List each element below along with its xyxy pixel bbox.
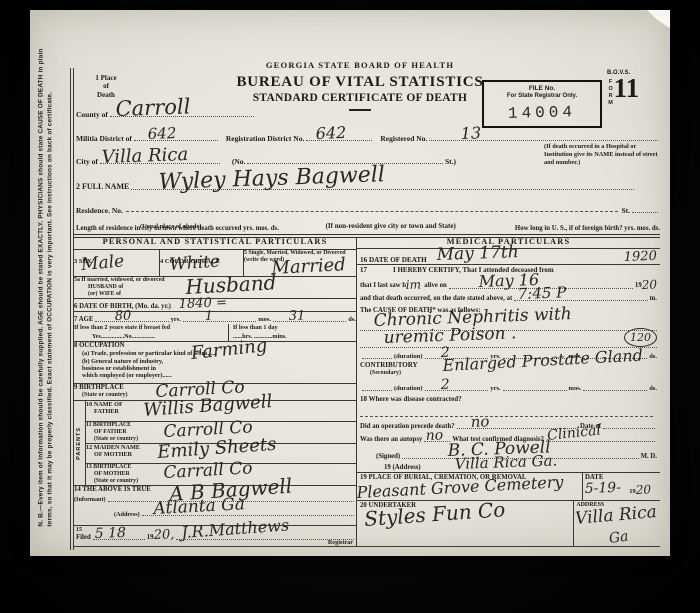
duration1-ds-label: ds. bbox=[649, 353, 657, 361]
age-ds-value: 31 bbox=[289, 309, 306, 323]
operation-value: no bbox=[470, 414, 489, 430]
bureau-title: BUREAU OF VITAL STATISTICS bbox=[218, 73, 502, 91]
filed-label: Filed bbox=[76, 534, 91, 542]
cause-of-death-block: Chronic Nephritis with uremic Poison . 1… bbox=[357, 313, 660, 347]
lastsaw-prefix: that I last saw h bbox=[360, 282, 406, 290]
full-name-row: 2 FULL NAME Wyley Hays Bagwell bbox=[76, 182, 636, 192]
full-name-label: 2 FULL NAME bbox=[76, 182, 129, 192]
parents-block: PARENTS 10 NAME OF FATHER Willis Bagwell… bbox=[74, 401, 356, 486]
informant-address-value: Atlanta Ga bbox=[153, 496, 245, 518]
county-row: County of Carroll bbox=[76, 110, 256, 119]
file-number-box: FILE No. For State Registrar Only. 14004 bbox=[482, 80, 602, 128]
autopsy-value: no bbox=[426, 428, 444, 443]
lastsaw-year-hw: 20 bbox=[641, 278, 657, 291]
lessday-label: If less than 1 day bbox=[233, 324, 356, 331]
parents-vertical-label: PARENTS bbox=[76, 427, 83, 460]
file-no-label: FILE No. bbox=[484, 85, 600, 93]
filed-row: 15 Filed 5 18 19 20, J.R.Matthews Regist… bbox=[74, 526, 356, 546]
city-value: Villa Rica bbox=[101, 146, 188, 167]
certificate-header: GEORGIA STATE BOARD OF HEALTH BUREAU OF … bbox=[218, 60, 502, 111]
age-mos-label: mos. bbox=[258, 316, 271, 324]
contracted-label: 18 Where was disease contracted? bbox=[360, 395, 657, 403]
duration2-ds-label: ds. bbox=[649, 385, 657, 393]
death-occurred-label: and that death occurred, on the date sta… bbox=[360, 295, 512, 303]
lastsaw-him: im bbox=[406, 278, 422, 291]
age-yrs-value: 80 bbox=[115, 309, 132, 323]
city-label: City of bbox=[76, 157, 98, 166]
registrar-label: Registrar bbox=[328, 539, 353, 546]
militia-value: 642 bbox=[147, 126, 176, 142]
undertaker-row: 20 UNDERTAKER Styles Fun Co ADDRESS Vill… bbox=[357, 501, 660, 546]
full-name-value: Wyley Hays Bagwell bbox=[159, 164, 386, 194]
registered-no-value: 13 bbox=[461, 125, 482, 142]
contributory-row: CONTRIBUTORY (Secondary) Enlarged Prosta… bbox=[357, 361, 660, 380]
file-number-stamp: 14004 bbox=[484, 102, 600, 123]
margin-note: N. B.—Every item of information should b… bbox=[37, 27, 54, 527]
street-open-label: (No. bbox=[232, 157, 246, 166]
age-mos-value: 1 bbox=[205, 310, 214, 323]
date-of-death-row: 16 DATE OF DEATH May 17th 1920 bbox=[357, 249, 660, 265]
residence-st-label: St. bbox=[621, 206, 630, 215]
physician-address-value: Villa Rica Ga. bbox=[454, 453, 557, 472]
age-ds-label: ds. bbox=[348, 316, 356, 324]
occupation-b2-label: business or establishment in bbox=[82, 365, 356, 372]
residence-label: Residence. No. bbox=[76, 206, 123, 215]
operation-row: Did an operation precede death? no Date … bbox=[357, 417, 660, 431]
form-word-vertical: FORM bbox=[607, 79, 614, 107]
age-label: 7 AGE bbox=[74, 316, 93, 324]
length-residence-row: Length of residence in city or town wher… bbox=[76, 225, 660, 233]
photo-background: N. B.—Every item of information should b… bbox=[0, 0, 700, 613]
autopsy-label: Was there an autopsy bbox=[360, 436, 422, 444]
disease-contracted-row: 18 Where was disease contracted? bbox=[357, 393, 660, 417]
militia-label: Militia District of bbox=[76, 134, 132, 143]
death-time-value: 7:45 P bbox=[518, 285, 567, 302]
form-number: 11 bbox=[614, 77, 640, 100]
death-time-m-label: m. bbox=[650, 295, 657, 303]
medical-column: MEDICAL PARTICULARS 16 DATE OF DEATH May… bbox=[357, 237, 660, 546]
dod-year: 1920 bbox=[623, 250, 657, 264]
page-corner-curl bbox=[641, 10, 670, 29]
physician-address-label: 19 (Address) bbox=[384, 464, 421, 472]
form-number-block: B.O.V.S. FORM 11 bbox=[607, 70, 659, 107]
filed-item-number: 15 bbox=[76, 527, 82, 534]
lastsaw-year-printed: 19 bbox=[635, 282, 642, 290]
length-residence-label: Length of residence in city or town wher… bbox=[76, 225, 279, 233]
infant-row: If less than 2 years state if breast fed… bbox=[74, 324, 356, 342]
title-underline bbox=[349, 109, 371, 111]
county-label: County of bbox=[76, 110, 108, 119]
lastsaw-mid: alive on bbox=[424, 282, 446, 290]
street-close-label: St.) bbox=[445, 157, 456, 166]
certificate-title: STANDARD CERTIFICATE OF DEATH bbox=[218, 92, 502, 106]
undertaker-address-value1: Villa Rica bbox=[575, 504, 658, 528]
contracted-blank-line bbox=[360, 404, 653, 417]
margin-note-text: N. B.—Every item of information should b… bbox=[37, 27, 54, 527]
occupation-row: 8 OCCUPATION (a) Trade, profession or pa… bbox=[74, 342, 356, 384]
duration1-label: (duration) bbox=[394, 353, 423, 361]
dod-value: May 17th bbox=[436, 244, 519, 264]
district-row: Militia District of 642 Registration Dis… bbox=[76, 134, 660, 143]
personal-section-title: PERSONAL AND STATISTICAL PARTICULARS bbox=[74, 237, 356, 250]
residence-row: Residence. No. St. bbox=[76, 206, 660, 215]
husband-value: Husband bbox=[185, 272, 277, 297]
place-of-death-label: 1 Place of Death bbox=[78, 74, 134, 99]
duration2-label: (duration) bbox=[394, 385, 423, 393]
duration2-mos-label: mos. bbox=[569, 385, 582, 393]
signed-label: (Signed) bbox=[376, 453, 400, 461]
dob-value: 1840 = bbox=[178, 296, 227, 311]
burial-year-printed: 19 bbox=[629, 488, 636, 496]
md-label: M. D. bbox=[641, 453, 657, 461]
informant-label: (Informant) bbox=[74, 496, 106, 503]
registration-district-value: 642 bbox=[316, 125, 347, 142]
undertaker-address-value2: Ga bbox=[608, 525, 657, 546]
county-value: Carroll bbox=[115, 96, 190, 120]
duration2-yrs-value: 2 bbox=[440, 378, 449, 392]
registration-district-label: Registration District No. bbox=[226, 134, 305, 143]
board-name: GEORGIA STATE BOARD OF HEALTH bbox=[218, 60, 502, 70]
registered-no-label: Registered No. bbox=[380, 134, 427, 143]
duration2-yrs-label: yrs. bbox=[490, 385, 500, 393]
breastfed-yesno: Yes...............No............... bbox=[92, 333, 228, 340]
filed-year-printed: 19 bbox=[147, 534, 154, 542]
personal-column: PERSONAL AND STATISTICAL PARTICULARS 3 S… bbox=[74, 237, 357, 546]
death-certificate-page: N. B.—Every item of information should b… bbox=[30, 10, 670, 556]
duration2-row: (duration) 2 yrs. mos. ds. bbox=[357, 380, 660, 393]
foreign-birth-label: How long in U. S., if of foreign birth? … bbox=[515, 225, 660, 233]
cause-line2: uremic Poison . bbox=[383, 326, 516, 348]
city-row: City of Villa Rica (No. St.) bbox=[76, 157, 456, 166]
informant-address-label: (Address) bbox=[114, 511, 140, 518]
cause-code-circled: 120 bbox=[624, 328, 657, 347]
registrar-signature: J.R.Matthews bbox=[181, 518, 290, 541]
age-row: 7 AGE 80 yrs. 1 mos. 31 ds. bbox=[74, 312, 356, 324]
race-value: White bbox=[169, 254, 221, 274]
burial-row: 19 PLACE OF BURIAL, CREMATION, OR REMOVA… bbox=[357, 473, 660, 501]
burial-year-hw: 20 bbox=[635, 483, 651, 496]
sex-value: Male bbox=[81, 253, 125, 274]
dod-label: 16 DATE OF DEATH bbox=[360, 256, 427, 265]
marital-value: Married bbox=[271, 256, 346, 278]
filed-date-value: 5 18 bbox=[94, 526, 126, 541]
breastfed-label: If less than 2 years state if breast fed bbox=[74, 324, 228, 331]
burial-date-value: 5-19- bbox=[585, 481, 622, 496]
filed-year-hw: 20, bbox=[153, 528, 174, 542]
certify-item-number: 17 bbox=[360, 266, 367, 274]
columns-container: PERSONAL AND STATISTICAL PARTICULARS 3 S… bbox=[74, 237, 660, 547]
hospital-note: (If death occurred in a Hospital or Inst… bbox=[544, 143, 660, 168]
physician-address-row: 19 (Address) Villa Rica Ga. bbox=[357, 461, 660, 473]
file-registrar-only-label: For State Registrar Only. bbox=[484, 93, 600, 100]
age-yrs-label: yrs. bbox=[171, 316, 181, 324]
test-value: Clinical bbox=[547, 423, 602, 443]
